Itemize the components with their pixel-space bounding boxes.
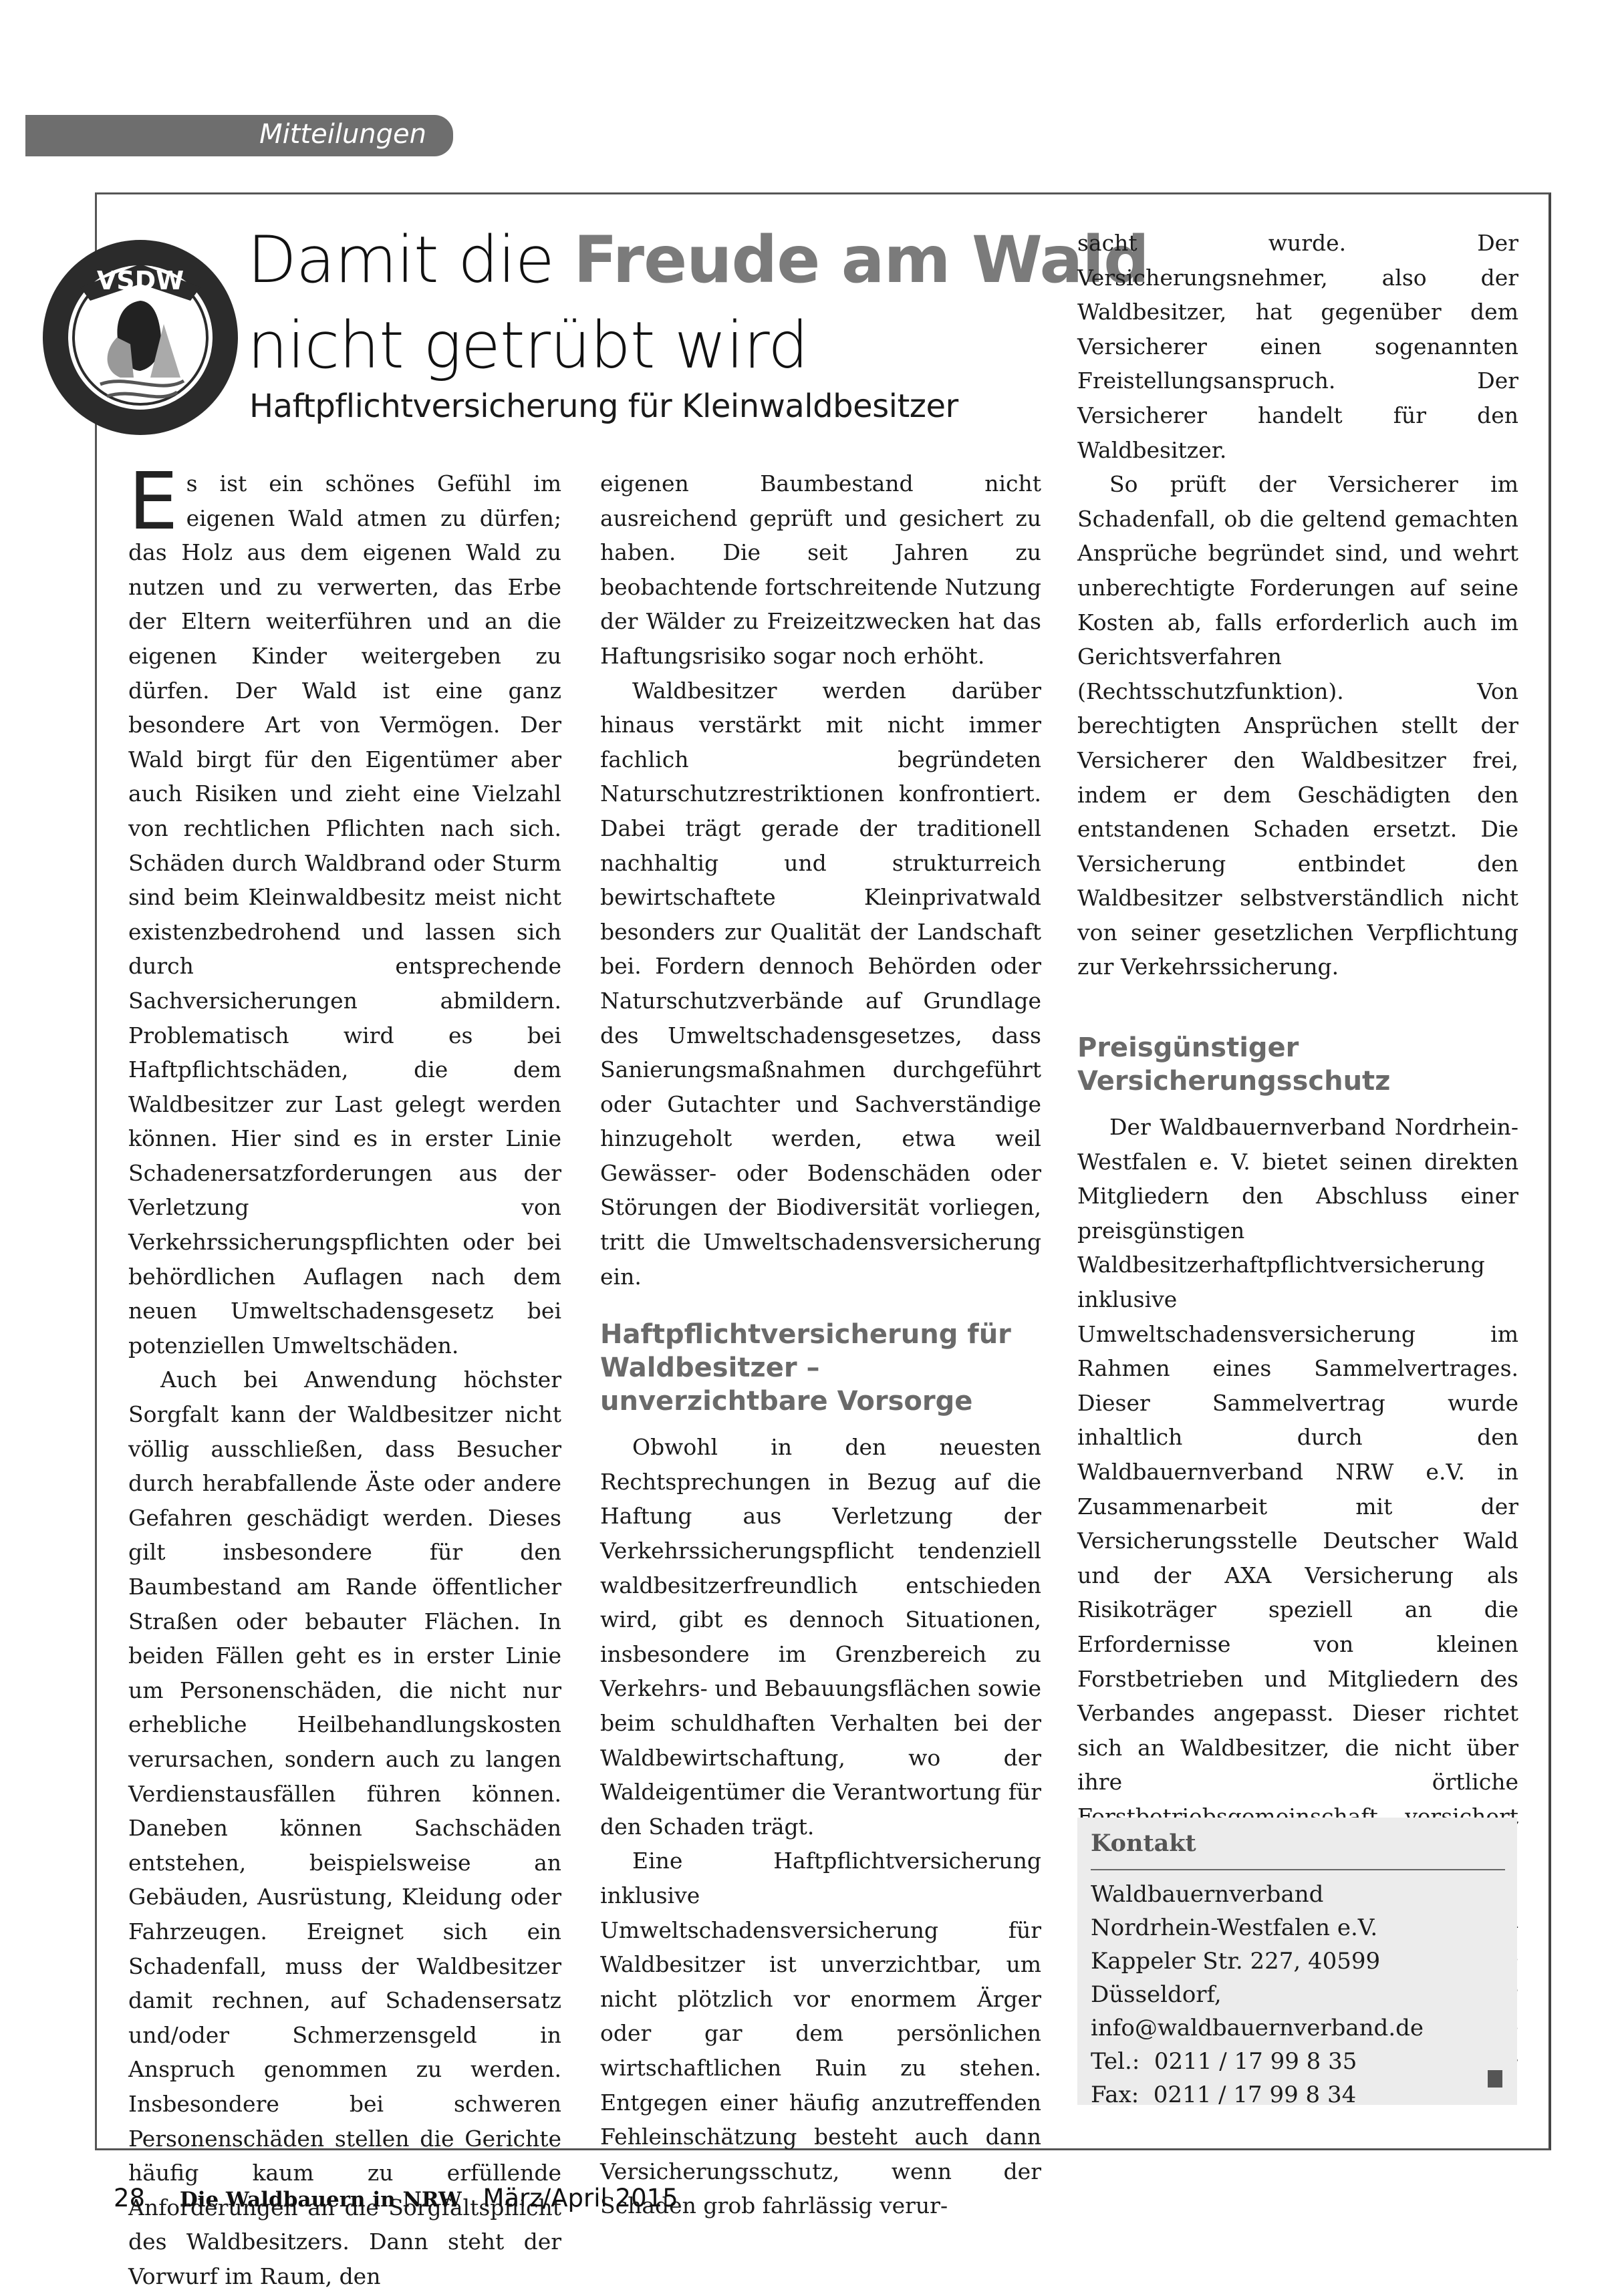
section-label: Mitteilungen (259, 119, 426, 150)
issue-date: März/April 2015 (483, 2184, 678, 2212)
headline: Damit die Freude am Wald nicht getrübt w… (247, 217, 1149, 388)
paragraph: eigenen Baumbestand nicht ausreichend ge… (600, 466, 1041, 674)
divider (1091, 1869, 1505, 1870)
column-2: eigenen Baumbestand nicht ausreichend ge… (600, 466, 1041, 2223)
drop-cap: E (128, 469, 178, 533)
section-heading: Preisgünstiger Versicherungsschutz (1077, 1031, 1518, 1098)
contact-address: Kappeler Str. 227, 40599 Düsseldorf, (1091, 1945, 1517, 2011)
section-heading: Haftpflichtversicherung für Waldbesitzer… (600, 1318, 1041, 1418)
contact-email[interactable]: info@waldbauernverband.de (1091, 2011, 1517, 2045)
contact-org: Waldbauernverband (1091, 1878, 1517, 1911)
section-tab: Mitteilungen (25, 115, 453, 156)
headline-line2: nicht getrübt wird (247, 308, 808, 383)
contact-phone: Tel.: 0211 / 17 99 8 35 (1091, 2045, 1517, 2078)
paragraph: Es ist ein schönes Gefühl im eigenen Wal… (128, 466, 561, 1362)
paragraph: Der Waldbauernverband Nordrhein-Westfale… (1077, 1110, 1518, 1868)
paragraph-text: s ist ein schönes Gefühl im eigenen Wald… (128, 470, 561, 1358)
page-footer: 28 Die Waldbauern in NRW März/April 2015 (114, 2184, 678, 2212)
paragraph: Obwohl in den neuesten Rechtsprechungen … (600, 1430, 1041, 1844)
contact-org-region: Nordrhein-Westfalen e.V. (1091, 1911, 1517, 1945)
page-number: 28 (114, 2184, 145, 2212)
headline-highlight: Freude am Wald (573, 223, 1149, 297)
vsdw-logo-icon: VSDW (40, 237, 241, 438)
paragraph: Waldbesitzer werden darüber hinaus verst… (600, 674, 1041, 1294)
svg-text:VSDW: VSDW (97, 266, 184, 295)
column-1: Es ist ein schönes Gefühl im eigenen Wal… (128, 466, 561, 2293)
contact-heading: Kontakt (1091, 1830, 1196, 1857)
headline-part1: Damit die (247, 223, 573, 297)
subheadline: Haftpflichtversicherung für Kleinwaldbes… (249, 388, 958, 425)
contact-fax: Fax: 0211 / 17 99 8 34 (1091, 2078, 1517, 2112)
paragraph: Eine Haftpflichtversicherung inklusive U… (600, 1844, 1041, 2223)
contact-box: Kontakt Waldbauernverband Nordrhein-West… (1077, 1818, 1517, 2105)
paragraph: sacht wurde. Der Versicherungsnehmer, al… (1077, 226, 1518, 467)
end-mark-icon (1488, 2070, 1502, 2088)
paragraph: Auch bei Anwendung höchster Sorgfalt kan… (128, 1362, 561, 2293)
magazine-title: Die Waldbauern in NRW (180, 2188, 462, 2212)
paragraph: So prüft der Versicherer im Schadenfall,… (1077, 467, 1518, 984)
